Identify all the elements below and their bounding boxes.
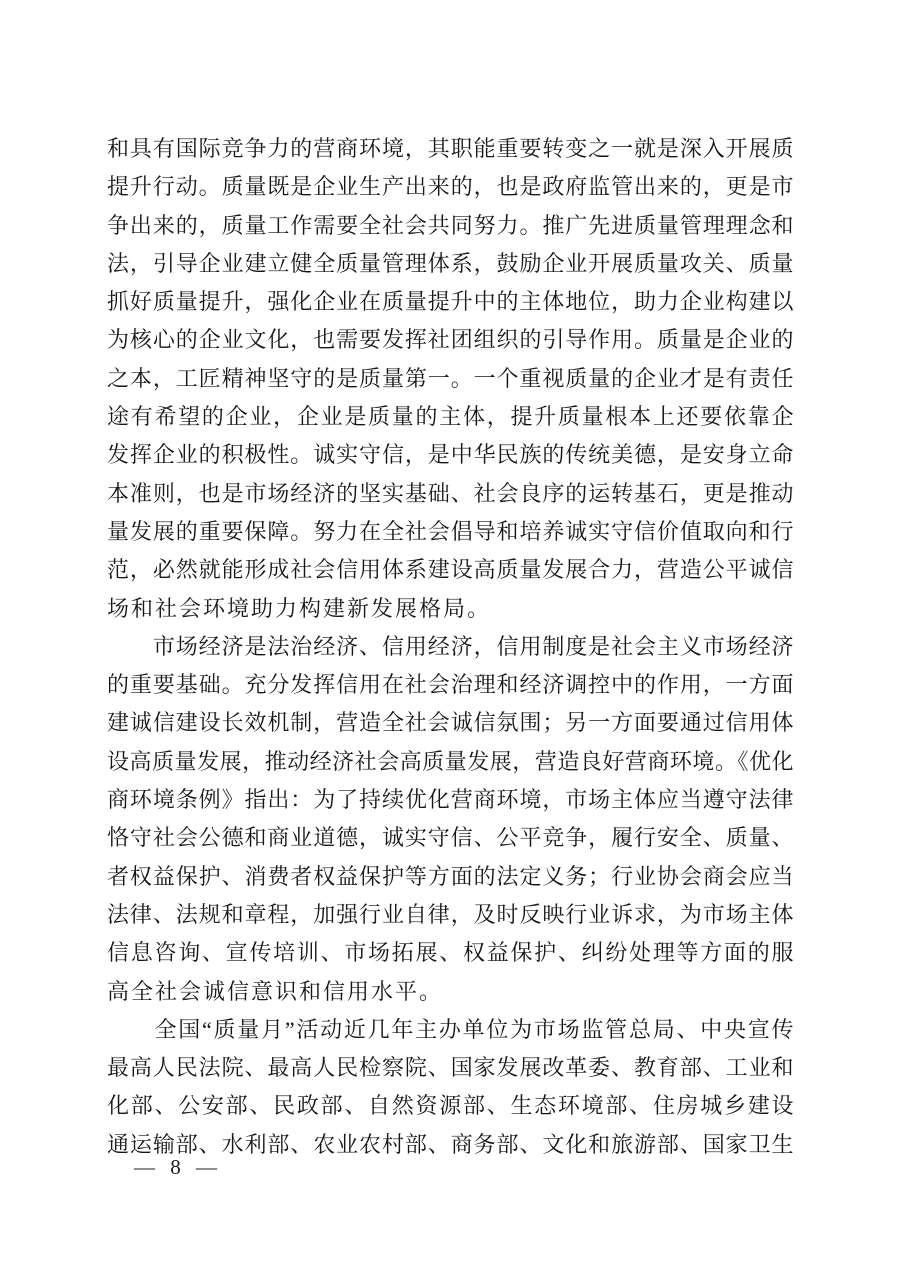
text-line: 信息咨询、宣传培训、市场拓展、权益保护、纠纷处理等方面的服务；提 [107,934,794,972]
document-text: 和具有国际竞争力的营商环境，其职能重要转变之一就是深入开展质量提升行动。质量既是… [107,130,794,1164]
text-line: 法，引导企业建立健全质量管理体系，鼓励企业开展质量攻关、质量创新， [107,245,794,283]
text-line: 建诚信建设长效机制，营造全社会诚信氛围；另一方面要通过信用体系建 [107,704,794,742]
paragraph: 市场经济是法治经济、信用经济，信用制度是社会主义市场经济体制的重要基础。充分发挥… [107,628,794,1011]
text-line: 提升行动。质量既是企业生产出来的，也是政府监管出来的，更是市场竞 [107,168,794,206]
text-line: 发挥企业的积极性。诚实守信，是中华民族的传统美德，是安身立命的根 [107,436,794,474]
text-line: 设高质量发展，推动经济社会高质量发展，营造良好营商环境。《优化营 [107,743,794,781]
paragraph: 全国“质量月”活动近几年主办单位为市场监管总局、中央宣传部、最高人民法院、最高人… [107,1011,794,1164]
text-line: 者权益保护、消费者权益保护等方面的法定义务；行业协会商会应当依照 [107,858,794,896]
text-line: 商环境条例》指出：为了持续优化营商环境，市场主体应当遵守法律法规， [107,781,794,819]
text-line: 恪守社会公德和商业道德，诚实守信、公平竞争，履行安全、质量、劳动 [107,819,794,857]
text-line: 途有希望的企业，企业是质量的主体，提升质量根本上还要依靠企业，切实 [107,398,794,436]
text-line: 高全社会诚信意识和信用水平。 [107,973,794,1011]
text-line: 法律、法规和章程，加强行业自律，及时反映行业诉求，为市场主体提供 [107,896,794,934]
text-line: 和具有国际竞争力的营商环境，其职能重要转变之一就是深入开展质量 [107,130,794,168]
text-line: 最高人民法院、最高人民检察院、国家发展改革委、教育部、工业和信息 [107,1049,794,1087]
text-line: 市场经济是法治经济、信用经济，信用制度是社会主义市场经济体制 [107,628,794,666]
text-line: 抓好质量提升，强化企业在质量提升中的主体地位，助力企业构建以质量 [107,283,794,321]
text-line: 的重要基础。充分发挥信用在社会治理和经济调控中的作用，一方面要构 [107,666,794,704]
text-line: 争出来的，质量工作需要全社会共同努力。推广先进质量管理理念和方 [107,207,794,245]
text-line: 本准则，也是市场经济的坚实基础、社会良序的运转基石，更是推动高质 [107,475,794,513]
page-number: — 8 — [134,1148,218,1186]
text-line: 范，必然就能形成社会信用体系建设高质量发展合力，营造公平诚信的市 [107,551,794,589]
text-line: 之本，工匠精神坚守的是质量第一。一个重视质量的企业才是有责任有前 [107,360,794,398]
text-line: 全国“质量月”活动近几年主办单位为市场监管总局、中央宣传部、 [107,1011,794,1049]
paragraph: 和具有国际竞争力的营商环境，其职能重要转变之一就是深入开展质量提升行动。质量既是… [107,130,794,628]
text-line: 量发展的重要保障。努力在全社会倡导和培养诚实守信价值取向和行为规 [107,513,794,551]
text-line: 化部、公安部、民政部、自然资源部、生态环境部、住房城乡建设部、交 [107,1087,794,1125]
text-line: 场和社会环境助力构建新发展格局。 [107,590,794,628]
text-line: 为核心的企业文化，也需要发挥社团组织的引导作用。质量是企业的立身 [107,321,794,359]
document-page: 和具有国际竞争力的营商环境，其职能重要转变之一就是深入开展质量提升行动。质量既是… [0,0,900,1273]
